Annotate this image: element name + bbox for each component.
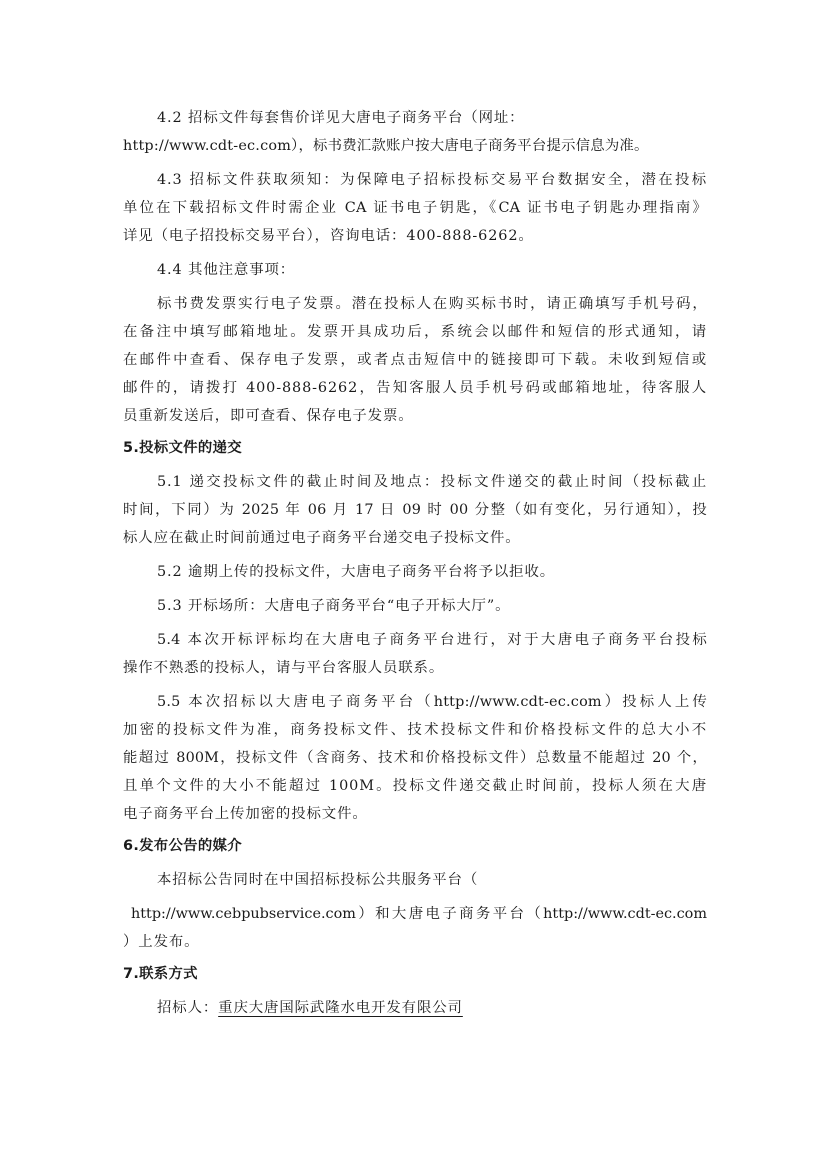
paragraph-line: 详见（电子招投标交易平台），咨询电话：400-888-6262。 <box>123 222 707 250</box>
paragraph-line: 标书费发票实行电子发票。潜在投标人在购买标书时，请正确填写手机号码， <box>123 290 707 318</box>
paragraph-line: 5.4 本次开标评标均在大唐电子商务平台进行，对于大唐电子商务平台投标 <box>123 626 707 654</box>
paragraph-line: ）上发布。 <box>123 928 707 956</box>
section-7-heading: 7.联系方式 <box>123 960 707 988</box>
section-6-heading: 6.发布公告的媒介 <box>123 832 707 860</box>
paragraph-line: 5.3 开标场所：大唐电子商务平台“电子开标大厅”。 <box>123 592 707 620</box>
section-5-heading: 5.投标文件的递交 <box>123 434 707 462</box>
tenderer-name: 重庆大唐国际武隆水电开发有限公司 <box>218 1000 463 1016</box>
paragraph-line: 且单个文件的大小不能超过 100M。投标文件递交截止时间前，投标人须在大唐 <box>123 772 707 800</box>
contact-tenderer: 招标人：重庆大唐国际武隆水电开发有限公司 <box>123 994 707 1022</box>
paragraph-line: 5.1 递交投标文件的截止时间及地点：投标文件递交的截止时间（投标截止 <box>123 468 707 496</box>
section-6: 本招标公告同时在中国招标投标公共服务平台（ http://www.cebpubs… <box>123 866 707 956</box>
paragraph-line: 4.2 招标文件每套售价详见大唐电子商务平台（网址： <box>123 104 707 132</box>
section-4-2: 4.2 招标文件每套售价详见大唐电子商务平台（网址： http://www.cd… <box>123 104 707 160</box>
paragraph-line: 能超过 800M，投标文件（含商务、技术和价格投标文件）总数量不能超过 20 个… <box>123 744 707 772</box>
paragraph-line: 本招标公告同时在中国招标投标公共服务平台（ <box>123 866 707 894</box>
paragraph-line: 单位在下载招标文件时需企业 CA 证书电子钥匙，《CA 证书电子钥匙办理指南》 <box>123 194 707 222</box>
paragraph-line: 邮件的，请拨打 400-888-6262，告知客服人员手机号码或邮箱地址，待客服… <box>123 374 707 402</box>
section-4-4: 4.4 其他注意事项： 标书费发票实行电子发票。潜在投标人在购买标书时，请正确填… <box>123 256 707 430</box>
paragraph-line: http://www.cdt-ec.com），标书费汇款账户按大唐电子商务平台提… <box>123 132 707 160</box>
paragraph-line: 员重新发送后，即可查看、保存电子发票。 <box>123 402 707 430</box>
paragraph-line: 操作不熟悉的投标人，请与平台客服人员联系。 <box>123 654 707 682</box>
paragraph-line: http://www.cebpubservice.com）和大唐电子商务平台（h… <box>123 900 707 928</box>
section-5: 5.1 递交投标文件的截止时间及地点：投标文件递交的截止时间（投标截止 时间，下… <box>123 468 707 828</box>
paragraph-line: 5.2 逾期上传的投标文件，大唐电子商务平台将予以拒收。 <box>123 558 707 586</box>
section-4-4-title: 4.4 其他注意事项： <box>123 256 707 284</box>
tenderer-label: 招标人： <box>157 1000 218 1016</box>
paragraph-line: 5.5 本次招标以大唐电子商务平台（http://www.cdt-ec.com）… <box>123 688 707 716</box>
paragraph-line: 标人应在截止时间前通过电子商务平台递交电子投标文件。 <box>123 524 707 552</box>
document-page: 4.2 招标文件每套售价详见大唐电子商务平台（网址： http://www.cd… <box>123 104 707 1022</box>
paragraph-line: 加密的投标文件为准，商务投标文件、技术投标文件和价格投标文件的总大小不 <box>123 716 707 744</box>
paragraph-line: 在备注中填写邮箱地址。发票开具成功后，系统会以邮件和短信的形式通知，请 <box>123 318 707 346</box>
paragraph-line: 时间，下同）为 2025 年 06 月 17 日 09 时 00 分整（如有变化… <box>123 496 707 524</box>
paragraph-line: 电子商务平台上传加密的投标文件。 <box>123 800 707 828</box>
section-4-3: 4.3 招标文件获取须知：为保障电子招标投标交易平台数据安全，潜在投标 单位在下… <box>123 166 707 250</box>
paragraph-line: 4.3 招标文件获取须知：为保障电子招标投标交易平台数据安全，潜在投标 <box>123 166 707 194</box>
paragraph-line: 在邮件中查看、保存电子发票，或者点击短信中的链接即可下载。未收到短信或 <box>123 346 707 374</box>
